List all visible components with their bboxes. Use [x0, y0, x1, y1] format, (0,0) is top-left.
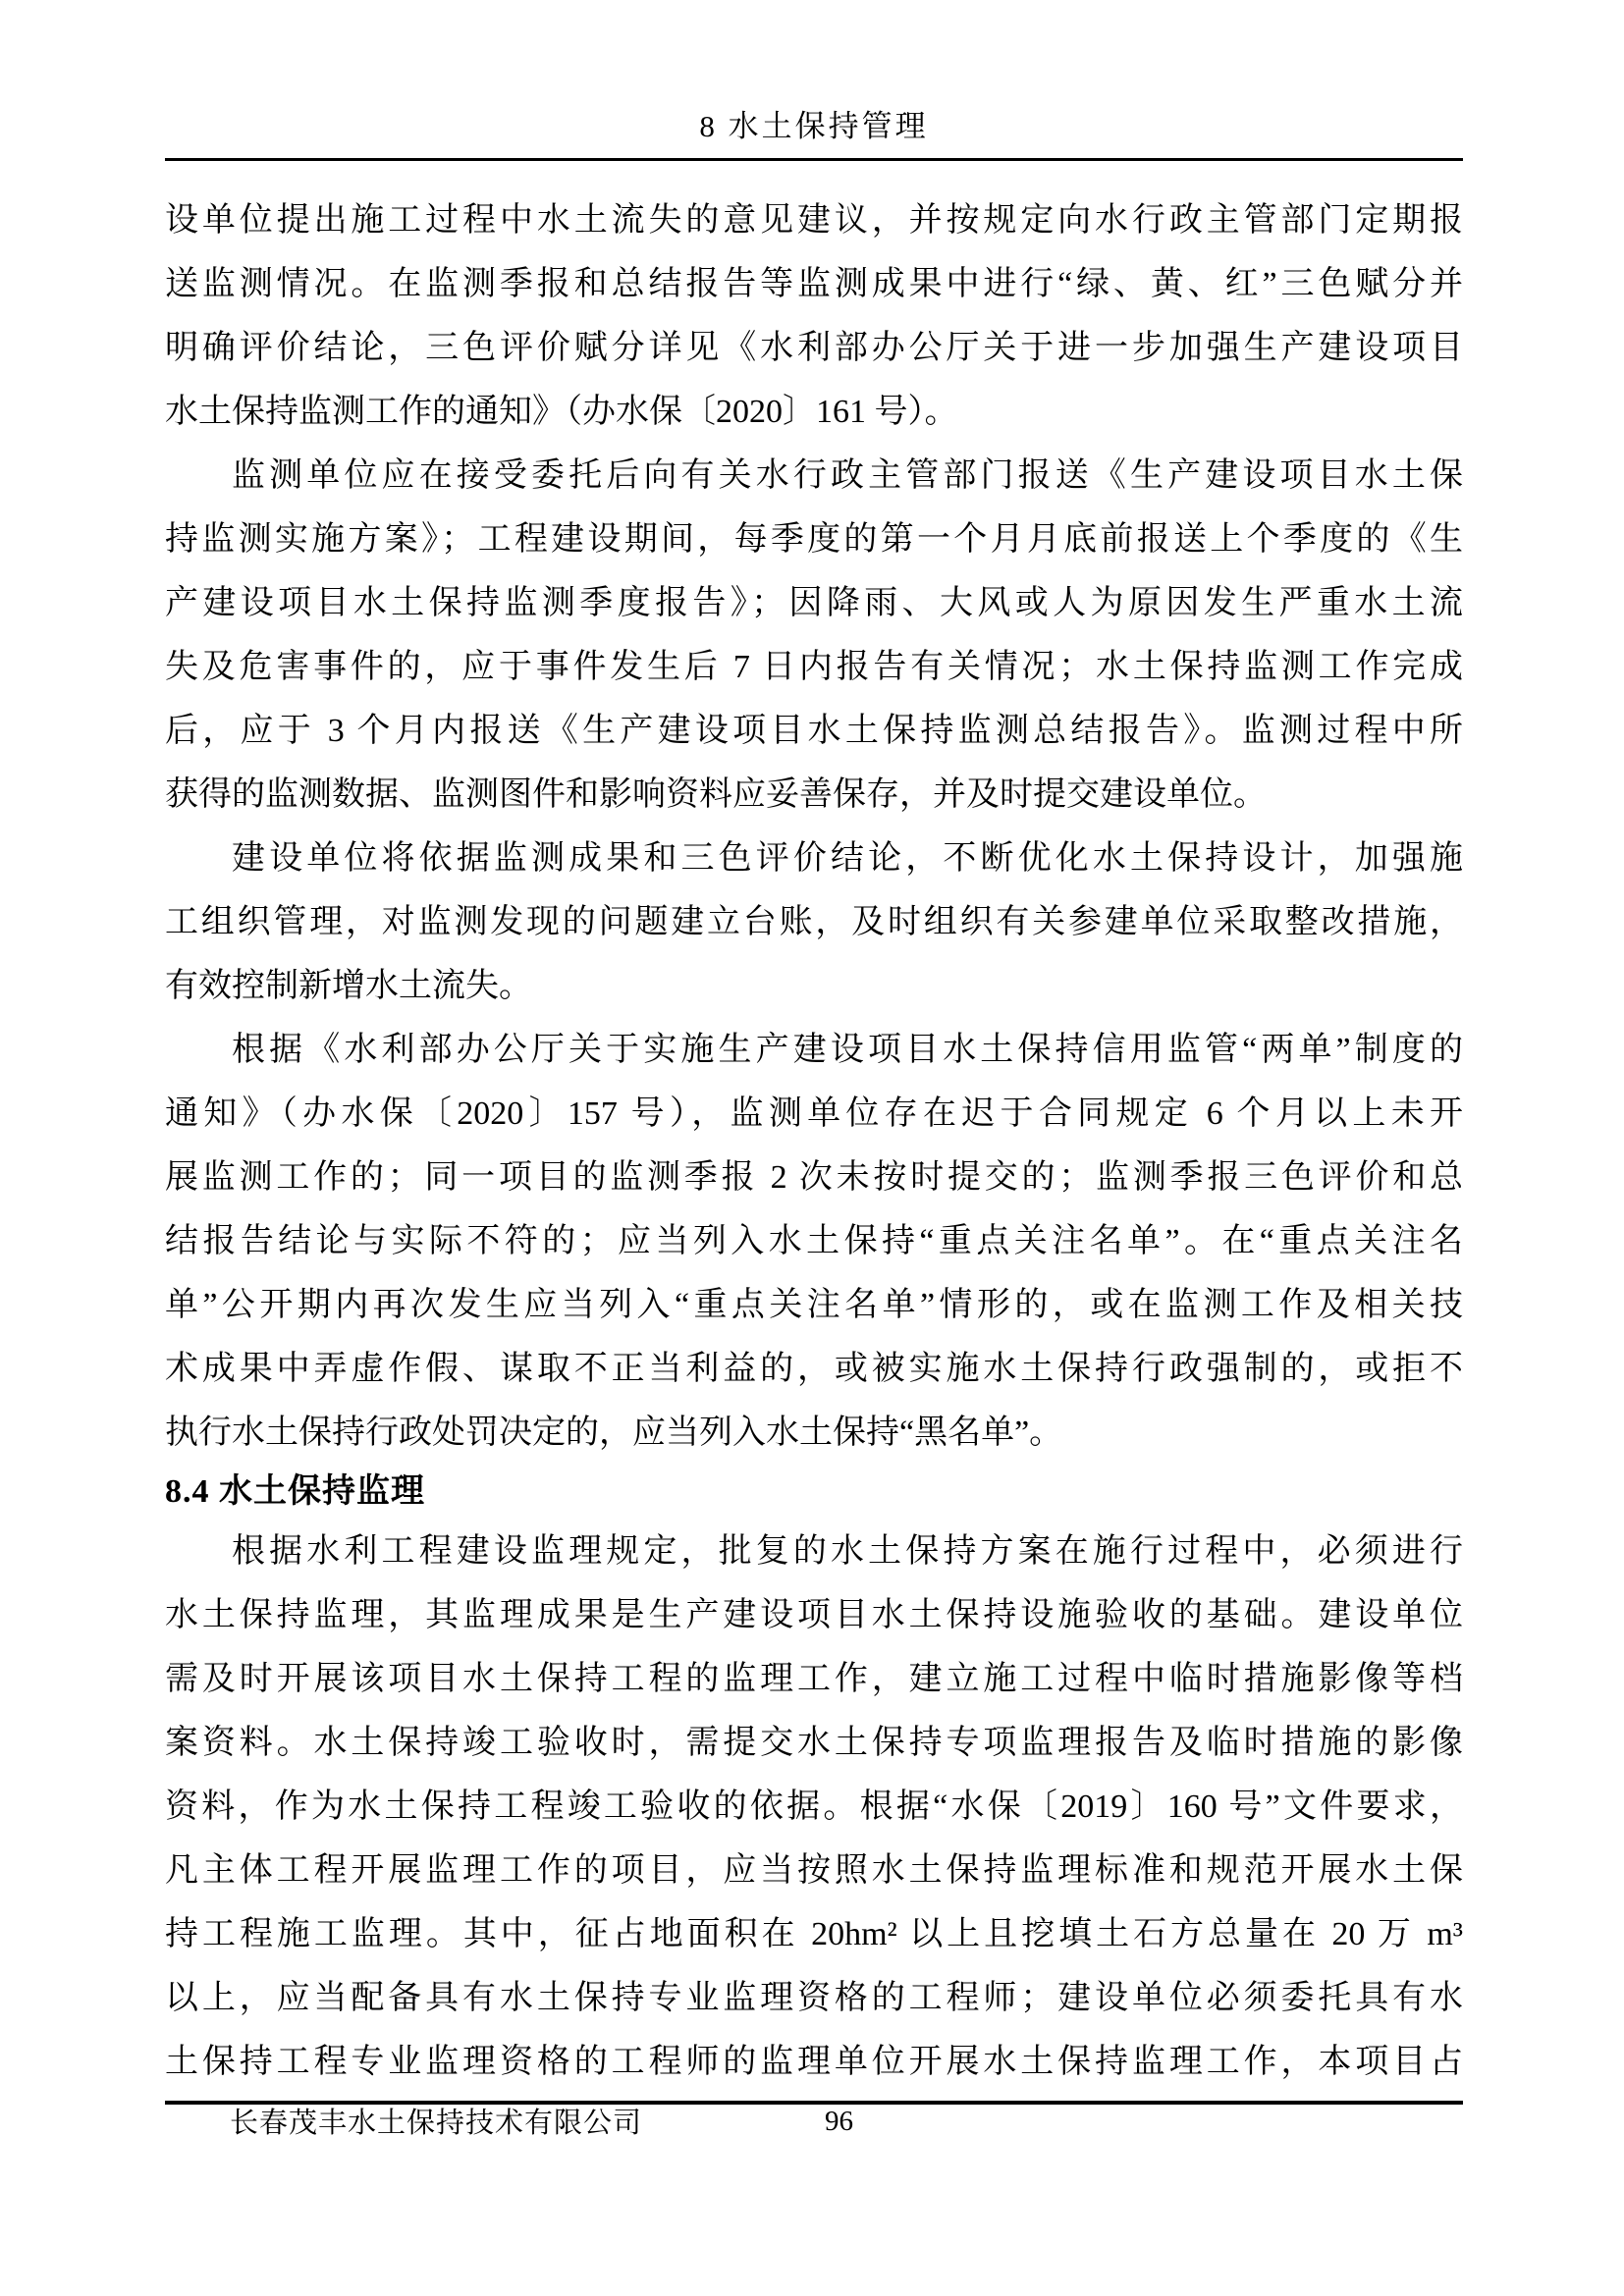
body-line: 展监测工作的；同一项目的监测季报 2 次未按时提交的；监测季报三色评价和总 — [165, 1146, 1463, 1209]
body-line: 水土保持监理，其监理成果是生产建设项目水土保持设施验收的基础。建设单位 — [165, 1583, 1463, 1647]
body-line: 送监测情况。在监测季报和总结报告等监测成果中进行“绿、黄、红”三色赋分并 — [165, 252, 1463, 316]
page-header-title: 8 水土保持管理 — [165, 106, 1463, 147]
body-line: 有效控制新增水土流失。 — [165, 954, 1463, 1018]
body-line: 土保持工程专业监理资格的工程师的监理单位开展水土保持监理工作，本项目占 — [165, 2030, 1463, 2094]
body-line: 凡主体工程开展监理工作的项目，应当按照水土保持监理标准和规范开展水土保 — [165, 1839, 1463, 1902]
body-line: 后，应于 3 个月内报送《生产建设项目水土保持监测总结报告》。监测过程中所 — [165, 699, 1463, 763]
body-line: 水土保持监测工作的通知》（办水保〔2020〕161 号）。 — [165, 380, 1463, 444]
body-line: 监测单位应在接受委托后向有关水行政主管部门报送《生产建设项目水土保 — [165, 444, 1463, 507]
section-heading-8-4: 8.4 水土保持监理 — [165, 1465, 1463, 1520]
body-line: 术成果中弄虚作假、谋取不正当利益的，或被实施水土保持行政强制的，或拒不 — [165, 1337, 1463, 1401]
body-line: 获得的监测数据、监测图件和影响资料应妥善保存，并及时提交建设单位。 — [165, 763, 1463, 827]
body-line: 明确评价结论，三色评价赋分详见《水利部办公厅关于进一步加强生产建设项目 — [165, 316, 1463, 380]
footer-rule — [165, 2101, 1463, 2105]
paragraph-4: 根据《水利部办公厅关于实施生产建设项目水土保持信用监管“两单”制度的 通知》（办… — [165, 1018, 1463, 1465]
body-line: 以上，应当配备具有水土保持专业监理资格的工程师；建设单位必须委托具有水 — [165, 1966, 1463, 2030]
body-line: 案资料。水土保持竣工验收时，需提交水土保持专项监理报告及临时措施的影像 — [165, 1711, 1463, 1775]
paragraph-2: 监测单位应在接受委托后向有关水行政主管部门报送《生产建设项目水土保 持监测实施方… — [165, 444, 1463, 827]
footer-company-name: 长春茂丰水土保持技术有限公司 — [230, 2107, 642, 2140]
body-line: 建设单位将依据监测成果和三色评价结论，不断优化水土保持设计，加强施 — [165, 827, 1463, 890]
body-line: 工组织管理，对监测发现的问题建立台账，及时组织有关参建单位采取整改措施， — [165, 890, 1463, 954]
body-line: 通知》（办水保〔2020〕157 号），监测单位存在迟于合同规定 6 个月以上未… — [165, 1082, 1463, 1146]
body-line: 失及危害事件的，应于事件发生后 7 日内报告有关情况；水土保持监测工作完成 — [165, 635, 1463, 699]
body-line: 执行水土保持行政处罚决定的，应当列入水土保持“黑名单”。 — [165, 1401, 1463, 1465]
paragraph-3: 建设单位将依据监测成果和三色评价结论，不断优化水土保持设计，加强施 工组织管理，… — [165, 827, 1463, 1018]
body-line: 设单位提出施工过程中水土流失的意见建议，并按规定向水行政主管部门定期报 — [165, 188, 1463, 252]
header-rule — [165, 158, 1463, 161]
body-line: 需及时开展该项目水土保持工程的监理工作，建立施工过程中临时措施影像等档 — [165, 1647, 1463, 1711]
document-body: 设单位提出施工过程中水土流失的意见建议，并按规定向水行政主管部门定期报 送监测情… — [165, 188, 1463, 2094]
body-line: 持工程施工监理。其中，征占地面积在 20hm² 以上且挖填土石方总量在 20 万… — [165, 1902, 1463, 1966]
body-line: 根据水利工程建设监理规定，批复的水土保持方案在施行过程中，必须进行 — [165, 1520, 1463, 1583]
body-line: 资料，作为水土保持工程竣工验收的依据。根据“水保〔2019〕160 号”文件要求… — [165, 1775, 1463, 1839]
paragraph-1: 设单位提出施工过程中水土流失的意见建议，并按规定向水行政主管部门定期报 送监测情… — [165, 188, 1463, 444]
page-number: 96 — [825, 2105, 853, 2138]
document-page: 8 水土保持管理 设单位提出施工过程中水土流失的意见建议，并按规定向水行政主管部… — [0, 0, 1624, 2296]
body-line: 根据《水利部办公厅关于实施生产建设项目水土保持信用监管“两单”制度的 — [165, 1018, 1463, 1082]
body-line: 持监测实施方案》；工程建设期间，每季度的第一个月月底前报送上个季度的《生 — [165, 507, 1463, 571]
body-line: 产建设项目水土保持监测季度报告》；因降雨、大风或人为原因发生严重水土流 — [165, 571, 1463, 635]
body-line: 单”公开期内再次发生应当列入“重点关注名单”情形的，或在监测工作及相关技 — [165, 1273, 1463, 1337]
page-footer: 长春茂丰水土保持技术有限公司 96 — [165, 2107, 1463, 2142]
body-line: 结报告结论与实际不符的；应当列入水土保持“重点关注名单”。在“重点关注名 — [165, 1209, 1463, 1273]
paragraph-5: 根据水利工程建设监理规定，批复的水土保持方案在施行过程中，必须进行 水土保持监理… — [165, 1520, 1463, 2094]
